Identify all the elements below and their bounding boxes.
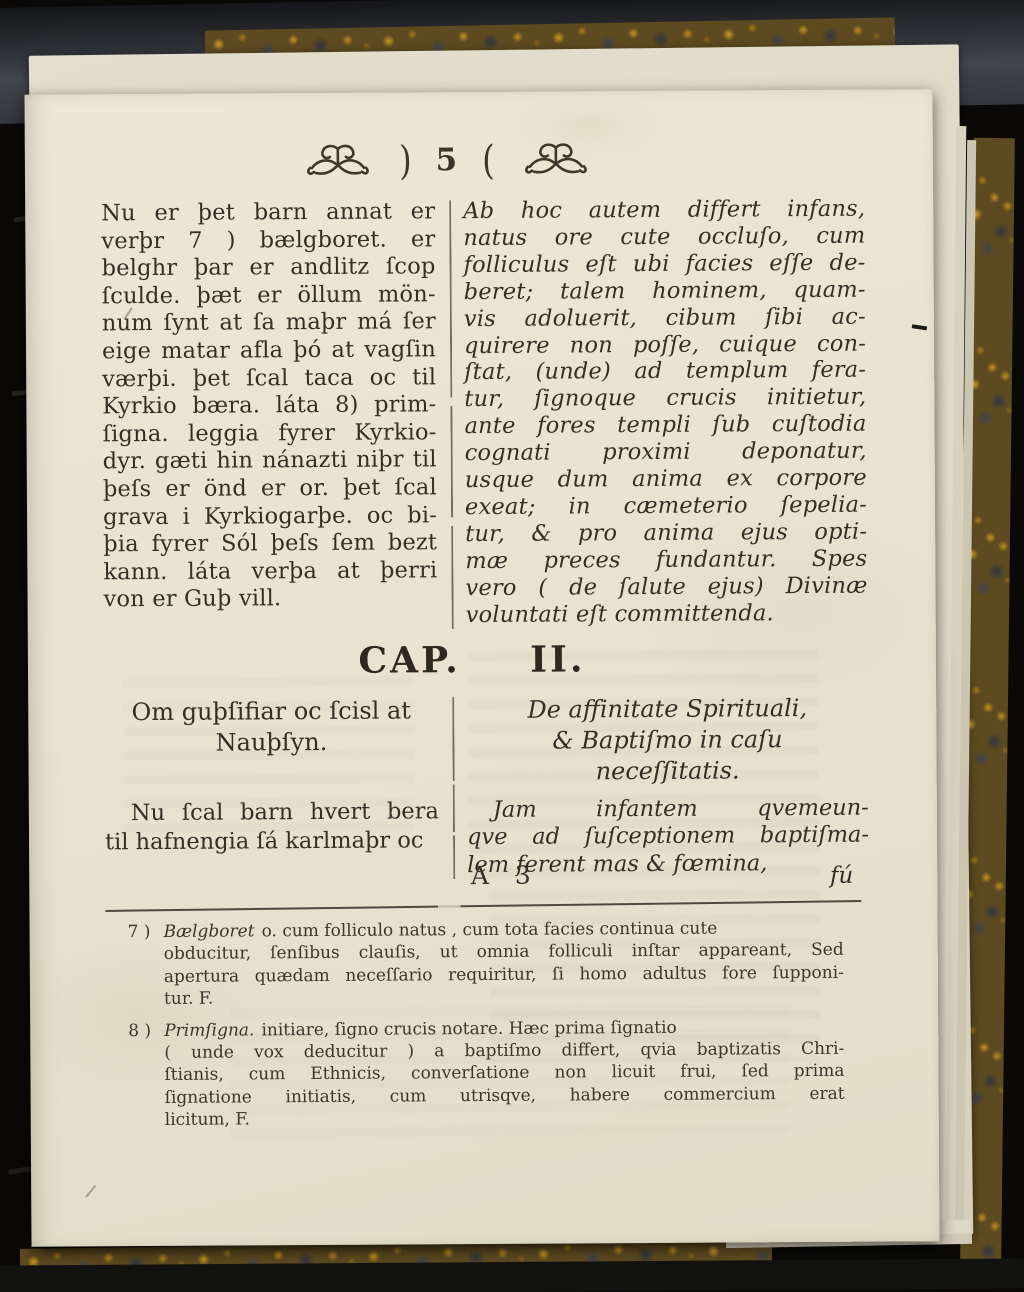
parallel-text-columns: Nu er þet barn annat erverþr 7 ) bælgbor… xyxy=(101,196,868,631)
text-line: qve ad ſuſceptionem baptiſma- xyxy=(467,822,869,852)
text-line: Om guþſifiar oc ſcisl at xyxy=(104,695,438,728)
footnote-marker: 8 ) xyxy=(128,1020,151,1043)
text-line: quirere non poſſe, cuique con- xyxy=(464,330,866,359)
header-bracket-right: ( xyxy=(482,140,495,180)
text-line: ante fores templi ſub cuſtodia xyxy=(464,411,866,440)
footnote-7: 7 ) Bælgboreto. cum folliculo natus , cu… xyxy=(128,917,845,1011)
text-line: neceſſitatis. xyxy=(467,754,869,787)
footnote-8: 8 ) Primſigna.initiare, ſigno crucis not… xyxy=(128,1015,845,1131)
text-line: værþi. þet ſcal taca oc til xyxy=(102,364,436,394)
text-line: til hafnengia ſá karlmaþr oc xyxy=(105,826,439,857)
text-line: vero ( de ſalute ejus) Divinæ xyxy=(465,572,867,601)
text-line: ſigna. leggia fyrer Kyrkio- xyxy=(102,419,436,449)
chapter-columns: Om guþſifiar oc ſcisl atNauþſyn. Nu ſcal… xyxy=(104,692,869,881)
footnote-marker: 7 ) xyxy=(128,921,151,944)
text-line: Ab hoc autem differt infans, xyxy=(463,196,865,225)
text-line: De affinitate Spirituali, xyxy=(466,692,868,725)
text-line: usque dum anima ex corpore xyxy=(465,465,867,494)
footnote-continuation: obducitur, ſenſibus clauſis, ut omnia fo… xyxy=(164,939,844,1010)
text-line: ſculde. þæt er öllum mön- xyxy=(102,281,436,311)
text-line: þia fyrer Sól þeſs ſem bezt xyxy=(103,529,437,559)
footnote-rule xyxy=(105,900,861,912)
text-line: belghr þar er andlitz ſcop xyxy=(101,253,435,283)
text-line: tur, ſignoque crucis initietur, xyxy=(464,384,866,413)
chapter-icelandic-cell: Om guþſifiar oc ſcisl atNauþſyn. Nu ſcal… xyxy=(104,695,439,882)
column-divider xyxy=(452,697,455,880)
fleuron-ornament xyxy=(301,142,375,180)
text-line: tur, & pro anima ejus opti- xyxy=(465,519,867,548)
chapter-heading: CAP. II. xyxy=(90,636,854,683)
text-line: vis adoluerit, cibum ſibi ac- xyxy=(464,303,866,332)
column-divider xyxy=(449,200,454,629)
text-line: beret; talem hominem, quam- xyxy=(464,276,866,305)
text-line: þeſs er önd er or. þet ſcal xyxy=(103,474,437,504)
footnote-continuation: ( unde vox deducitur ) a baptiſmo differ… xyxy=(164,1038,845,1132)
text-line: ſignatione initiatis, cum utrisqve, habe… xyxy=(165,1083,845,1110)
chapter-title-icelandic: Om guþſifiar oc ſcisl atNauþſyn. xyxy=(104,695,439,799)
footnote-text: initiare, ſigno crucis notare. Hæc prima… xyxy=(261,1017,676,1040)
text-line: & Baptiſmo in caſu xyxy=(466,723,868,756)
catchword: fú xyxy=(830,863,853,889)
text-line: natus ore cute occluſo, cum xyxy=(463,223,865,252)
pencil-mark xyxy=(85,1185,96,1198)
text-line: dyr. gæti hin nánazti niþr til xyxy=(103,447,437,477)
text-line: grava i Kyrkiogarþe. oc bi- xyxy=(103,502,437,532)
text-line: kann. láta verþa at þerri xyxy=(103,557,437,587)
text-line: apertura quædam neceſſario requiritur, ſ… xyxy=(164,962,844,989)
latin-column: Ab hoc autem differt infans,natus ore cu… xyxy=(463,196,868,629)
text-line: verþr 7 ) bælgboret. er xyxy=(101,226,435,256)
ink-mark xyxy=(912,324,927,330)
icelandic-column: Nu er þet barn annat erverþr 7 ) bælgbor… xyxy=(101,198,438,631)
book-scan: ) 5 ( Nu er þet barn annat erverþr 7 ) b xyxy=(0,0,1024,1292)
chapter-latin-cell: De affinitate Spirituali,& Baptiſmo in c… xyxy=(466,692,869,879)
signature-row: A 3 fú xyxy=(105,859,869,898)
header-bracket-left: ) xyxy=(399,140,412,180)
text-line: licitum, F. xyxy=(165,1105,845,1132)
text-line: folliculus eſt ubi facies eſſe de- xyxy=(463,249,865,278)
running-head: ) 5 ( xyxy=(65,134,829,187)
text-line: von er Guþ vill. xyxy=(103,585,437,615)
footnote-term: Primſigna. xyxy=(164,1020,254,1041)
fleuron-ornament xyxy=(519,140,593,178)
book-page: ) 5 ( Nu er þet barn annat erverþr 7 ) b xyxy=(24,89,939,1247)
text-line: Nu er þet barn annat er xyxy=(101,198,435,228)
text-line: Nu ſcal barn hvert bera xyxy=(105,797,439,828)
text-line: ſtat, (unde) ad templum fera- xyxy=(464,357,866,386)
footnote-text: o. cum folliculo natus , cum tota facies… xyxy=(261,919,717,942)
text-line: num ſynt at ſa maþr má ſer xyxy=(102,309,436,339)
text-line: cognati proximi deponatur, xyxy=(465,438,867,467)
page-number: 5 xyxy=(435,142,458,178)
text-line: Jam infantem qvemeun- xyxy=(467,794,869,824)
text-line: mæ preces fundantur. Spes xyxy=(465,545,867,574)
chapter-body-icelandic: Nu ſcal barn hvert beratil hafnengia ſá … xyxy=(105,797,439,857)
text-line: Nauþſyn. xyxy=(104,726,438,759)
text-line: eige matar afla þó at vagſin xyxy=(102,336,436,366)
text-line: voluntati eſt committenda. xyxy=(466,599,868,628)
text-line: Kyrkio bæra. láta 8) prim- xyxy=(102,391,436,421)
text-line: exeat; in cæmeterio ſepelia- xyxy=(465,492,867,521)
footnote-term: Bælgboret xyxy=(164,921,255,942)
binding-stitch-mark xyxy=(8,1166,33,1175)
footnotes: 7 ) Bælgboreto. cum folliculo natus , cu… xyxy=(128,917,845,1132)
text-line: tur. F. xyxy=(164,984,844,1011)
signature-mark: A 3 xyxy=(405,860,605,890)
chapter-title-latin: De affinitate Spirituali,& Baptiſmo in c… xyxy=(466,692,869,796)
